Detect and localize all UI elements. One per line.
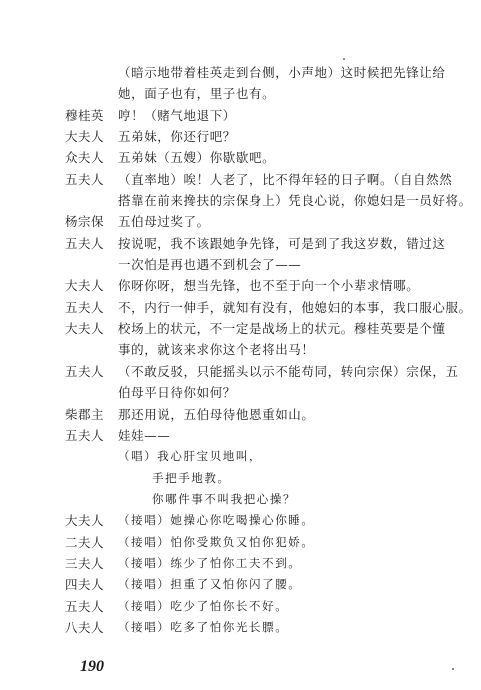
speaker-name: 五夫人 <box>65 596 104 617</box>
dialogue-text: 一次怕是再也遇不到机会了—— <box>118 254 301 275</box>
page-number: 190 <box>80 658 104 676</box>
speaker-name: 柴郡主 <box>65 404 104 425</box>
sung-text: （接唱）练少了怕你工夫不到。 <box>118 553 301 574</box>
speaker-name: 大夫人 <box>65 318 104 339</box>
script-line: 四夫人（接唱）担重了又怕你闪了腰。 <box>0 574 481 595</box>
script-line: 柴郡主那还用说，五伯母待他恩重如山。 <box>0 404 481 425</box>
script-line: 众夫人五弟妹（五嫂）你歇歇吧。 <box>0 147 481 168</box>
dialogue-text: 五弟妹（五嫂）你歇歇吧。 <box>118 147 275 168</box>
sung-text: （接唱）她操心你吃喝操心你睡。 <box>118 510 315 531</box>
script-line: 大夫人五弟妹，你还行吧？ <box>0 126 481 147</box>
script-line: 五夫人不，内行一伸手，就知有没有，他媳妇的本事，我口服心服。 <box>0 297 481 318</box>
sung-text: （接唱）吃多了怕你光长膘。 <box>118 617 288 638</box>
dialogue-text: 伯母平日待你如何？ <box>118 382 236 403</box>
speaker-name: 大夫人 <box>65 510 104 531</box>
script-line: 手把手地教。 <box>0 468 481 489</box>
script-line: 五夫人按说呢，我不该跟她争先锋，可是到了我这岁数，错过这 <box>0 233 481 254</box>
dialogue-text: 按说呢，我不该跟她争先锋，可是到了我这岁数，错过这 <box>118 233 446 254</box>
dialogue-text: 你呀你呀，想当先锋，也不至于向一个小辈求情哪。 <box>118 275 419 296</box>
sung-text: （接唱）吃少了怕你长不好。 <box>118 596 288 617</box>
speaker-name: 五夫人 <box>65 169 104 190</box>
dialogue-text: 哼！（赌气地退下） <box>118 105 236 126</box>
speaker-name: 穆桂英 <box>65 105 104 126</box>
speck <box>452 668 454 670</box>
dialogue-text: 娃娃—— <box>118 425 170 446</box>
script-line: 杨宗保五伯母过奖了。 <box>0 211 481 232</box>
speck <box>343 58 345 60</box>
dialogue-text: 事的，就该来求你这个老将出马！ <box>118 339 315 360</box>
script-line: 五夫人（不敢反驳，只能摇头以示不能苟同，转向宗保）宗保，五 <box>0 361 481 382</box>
script-line: 二夫人（接唱）怕你受欺负又怕你犯娇。 <box>0 532 481 553</box>
sung-text: （接唱）担重了又怕你闪了腰。 <box>118 574 301 595</box>
dialogue-text: （不敢反驳，只能摇头以示不能苟同，转向宗保）宗保，五 <box>118 361 459 382</box>
dialogue-text: 那还用说，五伯母待他恩重如山。 <box>118 404 315 425</box>
script-line: 大夫人校场上的状元，不一定是战场上的状元。穆桂英要是个懂 <box>0 318 481 339</box>
script-line: 穆桂英哼！（赌气地退下） <box>0 105 481 126</box>
book-page: （暗示地带着桂英走到台侧，小声地）这时候把先锋让给 她，面子也有，里子也有。 穆… <box>0 0 481 690</box>
dialogue-text: （暗示地带着桂英走到台侧，小声地）这时候把先锋让给 <box>118 62 446 83</box>
speaker-name: 五夫人 <box>65 297 104 318</box>
speaker-name: 五夫人 <box>65 361 104 382</box>
script-line: 大夫人你呀你呀，想当先锋，也不至于向一个小辈求情哪。 <box>0 275 481 296</box>
script-line: 三夫人（接唱）练少了怕你工夫不到。 <box>0 553 481 574</box>
sung-text: 手把手地教。 <box>152 468 231 489</box>
sung-text: （接唱）怕你受欺负又怕你犯娇。 <box>118 532 315 553</box>
script-line: 搭靠在前来搀扶的宗保身上）凭良心说，你媳妇是一员好将。 <box>0 190 481 211</box>
dialogue-text: 五伯母过奖了。 <box>118 211 210 232</box>
script-line: 一次怕是再也遇不到机会了—— <box>0 254 481 275</box>
script-line: （唱）我心肝宝贝地叫， <box>0 446 481 467</box>
dialogue-text: 她，面子也有，里子也有。 <box>118 83 275 104</box>
speaker-name: 二夫人 <box>65 532 104 553</box>
speaker-name: 三夫人 <box>65 553 104 574</box>
script-line: 五夫人（直率地）唉！人老了，比不得年轻的日子啊。（自自然然 <box>0 169 481 190</box>
speaker-name: 杨宗保 <box>65 211 104 232</box>
script-line: 伯母平日待你如何？ <box>0 382 481 403</box>
script-line: 八夫人（接唱）吃多了怕你光长膘。 <box>0 617 481 638</box>
sung-text: 你哪件事不叫我把心操？ <box>152 489 296 510</box>
dialogue-text: 五弟妹，你还行吧？ <box>118 126 236 147</box>
dialogue-text: （直率地）唉！人老了，比不得年轻的日子啊。（自自然然 <box>118 169 452 190</box>
script-line: 大夫人（接唱）她操心你吃喝操心你睡。 <box>0 510 481 531</box>
dialogue-text: 校场上的状元，不一定是战场上的状元。穆桂英要是个懂 <box>118 318 446 339</box>
speaker-name: 五夫人 <box>65 233 104 254</box>
dialogue-text: 不，内行一伸手，就知有没有，他媳妇的本事，我口服心服。 <box>118 297 472 318</box>
speaker-name: 四夫人 <box>65 574 104 595</box>
script-lines: （暗示地带着桂英走到台侧，小声地）这时候把先锋让给 她，面子也有，里子也有。 穆… <box>0 62 481 638</box>
script-line: 她，面子也有，里子也有。 <box>0 83 481 104</box>
dialogue-text: 搭靠在前来搀扶的宗保身上）凭良心说，你媳妇是一员好将。 <box>118 190 472 211</box>
script-line: 五夫人娃娃—— <box>0 425 481 446</box>
script-line: 事的，就该来求你这个老将出马！ <box>0 339 481 360</box>
script-line: 五夫人（接唱）吃少了怕你长不好。 <box>0 596 481 617</box>
speaker-name: 众夫人 <box>65 147 104 168</box>
speaker-name: 五夫人 <box>65 425 104 446</box>
script-line: 你哪件事不叫我把心操？ <box>0 489 481 510</box>
sung-text: （唱）我心肝宝贝地叫， <box>118 446 262 467</box>
speaker-name: 八夫人 <box>65 617 104 638</box>
script-line: （暗示地带着桂英走到台侧，小声地）这时候把先锋让给 <box>0 62 481 83</box>
speaker-name: 大夫人 <box>65 275 104 296</box>
speaker-name: 大夫人 <box>65 126 104 147</box>
